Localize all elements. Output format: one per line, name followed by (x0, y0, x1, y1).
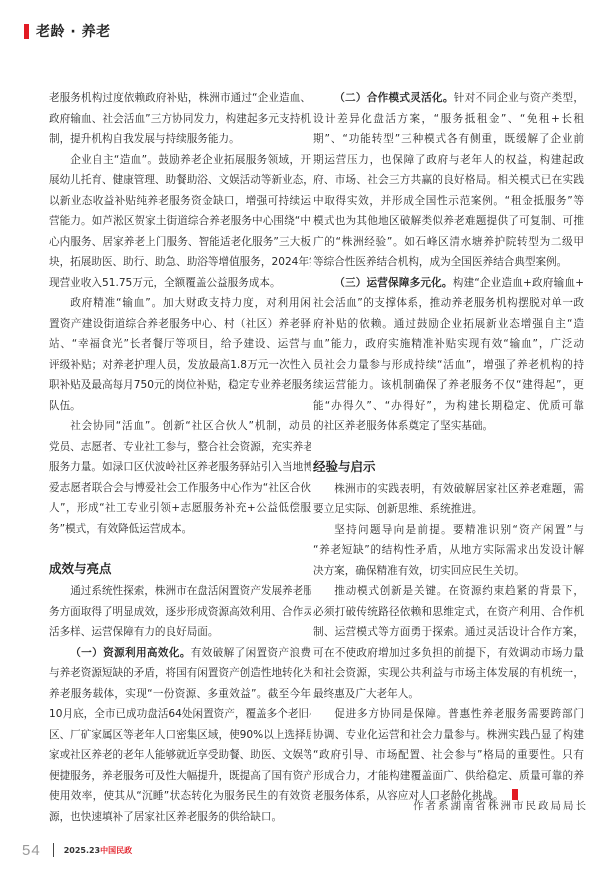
text-line: 必须打破传统路径依赖和思维定式，在资产利用、合作机 (313, 602, 584, 623)
subheading: （一）资源利用高效化。 (70, 647, 191, 659)
text-line: 便捷服务，养老服务可及性大幅提升，既提高了国有资产 (49, 766, 311, 787)
magazine-name: 中国民政 (100, 845, 132, 856)
text-line: 老服务机构过度依赖政府补贴，株洲市通过“企业造血、 (49, 88, 311, 109)
text-line: 务”模式，有效降低运营成本。 (49, 519, 311, 540)
text-line: 站、“幸福食光”长者餐厅等项目，给予建设、运营与 (49, 334, 311, 355)
paragraph: （三）运营保障多元化。构建“企业造血+政府输血+ 社会活血”的支撑体系，推动养老… (313, 273, 584, 437)
section-title: 老龄 · 养老 (36, 21, 111, 41)
text-line: 府补贴的依赖。通过鼓励企业拓展新业态增强自主“造 (313, 314, 584, 335)
text-run: 有效破解了闲置资产浪费 (191, 647, 311, 659)
paragraph: 坚持问题导向是前提。要精准识别“资产闲置”与 “养老短缺”的结构性矛盾，从地方实… (313, 520, 584, 582)
paragraph: 株洲市的实践表明，有效破解居家社区养老难题，需 要立足实际、创新思维、系统推进。 (313, 479, 584, 520)
text-line: 务方面取得了明显成效，逐步形成资源高效利用、合作灵 (49, 602, 311, 623)
text-run: 构建“企业造血+政府输血+ (453, 277, 584, 289)
subheading: （三）运营保障多元化。 (334, 277, 453, 289)
text-line: 服务力量。如渌口区伏波岭社区养老服务驿站引入当地博 (49, 457, 311, 478)
text-line: 企业自主“造血”。鼓励养老企业拓展服务领域，开 (49, 150, 311, 171)
text-line: 展幼儿托育、健康管理、助餐助浴、文娱活动等新业态， (49, 170, 311, 191)
text-line: 10月底，全市已成功盘活64处闲置资产，覆盖多个老旧小 (49, 704, 311, 725)
text-line: 最终惠及广大老年人。 (313, 684, 584, 705)
text-line: 党员、志愿者、专业社工参与，整合社会资源，充实养老 (49, 437, 311, 458)
text-line: 源，也快速填补了居家社区养老服务的供给缺口。 (49, 807, 311, 828)
text-run: 针对不同企业与资产类型， (454, 92, 584, 104)
text-line: 以新业态收益补贴纯养老服务资金缺口，增强可持续运 (49, 191, 311, 212)
text-line: 社会协同“活血”。创新“社区合伙人”机制，动员 (49, 416, 311, 437)
text-line: 营能力。如芦淞区贺家土街道综合养老服务中心围绕“中 (49, 211, 311, 232)
text-line: 决方案，确保精准有效，切实回应民生关切。 (313, 561, 584, 582)
text-line: 设计差异化盘活方案，“服务抵租金”、“免租+长租 (313, 109, 584, 130)
text-line: 能“办得久”、“办得好”，为构建长期稳定、优质可靠 (313, 396, 584, 417)
text-line: 心内服务、居家养老上门服务、智能适老化服务”三大板 (49, 232, 311, 253)
subheading: （二）合作模式灵活化。 (334, 92, 454, 104)
paragraph: 政府精准“输血”。加大财政支持力度，对利用闲 置资产建设街道综合养老服务中心、村… (49, 293, 311, 416)
text-line: 促进多方协同是保障。普惠性养老服务需要跨部门 (313, 704, 584, 725)
page-number: 54 (22, 842, 41, 859)
paragraph: 企业自主“造血”。鼓励养老企业拓展服务领域，开 展幼儿托育、健康管理、助餐助浴、… (49, 150, 311, 294)
text-line: 期”、“功能转型”三种模式各有侧重，既缓解了企业前 (313, 129, 584, 150)
text-line: 要立足实际、创新思维、系统推进。 (313, 499, 584, 520)
right-column: （二）合作模式灵活化。针对不同企业与资产类型， 设计差异化盘活方案，“服务抵租金… (313, 88, 584, 807)
text-line: 协调、专业化运营和社会力量参与。株洲实践凸显了构建 (313, 725, 584, 746)
text-line: 模式也为其他地区破解类似养老难题提供了可复制、可推 (313, 211, 584, 232)
text-line: 块，拓展助医、助行、助急、助浴等增值服务，2024年实 (49, 252, 311, 273)
text-line: 形成合力，才能构建覆盖面广、供给稳定、质量可靠的养 (313, 766, 584, 787)
text-line: “养老短缺”的结构性矛盾，从地方实际需求出发设计解 (313, 540, 584, 561)
paragraph: （一）资源利用高效化。有效破解了闲置资产浪费 与养老资源短缺的矛盾，将国有闲置资… (49, 643, 311, 828)
text-line: 职补贴及最高每月750元的岗位补贴，稳定专业养老服务 (49, 375, 311, 396)
text-line: 政府精准“输血”。加大财政支持力度，对利用闲 (49, 293, 311, 314)
text-line: 家或社区养老的老年人能够就近享受助餐、助医、文娱等 (49, 745, 311, 766)
text-line: 置资产建设街道综合养老服务中心、村（社区）养老驿 (49, 314, 311, 335)
paragraph: （二）合作模式灵活化。针对不同企业与资产类型， 设计差异化盘活方案，“服务抵租金… (313, 88, 584, 273)
paragraph: 社会协同“活血”。创新“社区合伙人”机制，动员 党员、志愿者、专业社工参与，整合… (49, 416, 311, 539)
text-line: 使用效率，使其从“沉睡”状态转化为服务民生的有效资 (49, 786, 311, 807)
text-line: 府、市场、社会三方共赢的良好格局。相关模式已在实践 (313, 170, 584, 191)
text-line: 活多样、运营保障有力的良好局面。 (49, 622, 311, 643)
text-line: 养老服务载体，实现“一份资源、多重效益”。截至今年 (49, 684, 311, 705)
paragraph: 老服务机构过度依赖政府补贴，株洲市通过“企业造血、 政府输血、社会活血”三方协同… (49, 88, 311, 150)
text-line: 等综合性医养结合机构，成为全国医养结合典型案例。 (313, 252, 584, 273)
paragraph: 促进多方协同是保障。普惠性养老服务需要跨部门 协调、专业化运营和社会力量参与。株… (313, 704, 584, 807)
text-line: 通过系统性探索，株洲市在盘活闲置资产发展养老服 (49, 581, 311, 602)
accent-bar (24, 24, 29, 39)
text-line: 广的“株洲经验”。如石峰区清水塘养护院转型为二级甲 (313, 232, 584, 253)
text-line: （二）合作模式灵活化。针对不同企业与资产类型， (313, 88, 584, 109)
text-line: 现营业收入51.75万元，全额覆盖公益服务成本。 (49, 273, 311, 294)
heading-lessons: 经验与启示 (313, 455, 584, 479)
section-header: 老龄 · 养老 (24, 22, 111, 40)
paragraph: 通过系统性探索，株洲市在盘活闲置资产发展养老服 务方面取得了明显成效，逐步形成资… (49, 581, 311, 643)
footer-divider (53, 843, 54, 857)
text-line: 推动模式创新是关键。在资源约束趋紧的背景下， (313, 581, 584, 602)
text-line: 的社区养老服务体系奠定了坚实基础。 (313, 416, 584, 437)
text-line: 续运营能力。该机制确保了养老服务不仅“建得起”，更 (313, 375, 584, 396)
text-line: 血”能力，政府实施精准补贴实现有效“输血”，广泛动 (313, 334, 584, 355)
text-line: 株洲市的实践表明，有效破解居家社区养老难题，需 (313, 479, 584, 500)
text-line: 员社会力量参与形成持续“活血”，增强了养老机构的持 (313, 355, 584, 376)
text-line: （三）运营保障多元化。构建“企业造血+政府输血+ (313, 273, 584, 294)
text-line: 政府输血、社会活血”三方协同发力，构建起多元支持机 (49, 109, 311, 130)
text-line: 区、厂矿家属区等老年人口密集区域，使90%以上选择居 (49, 725, 311, 746)
text-line: 和社会资源，实现公共利益与市场主体发展的有机统一， (313, 663, 584, 684)
text-line: 坚持问题导向是前提。要精准识别“资产闲置”与 (313, 520, 584, 541)
paragraph: 推动模式创新是关键。在资源约束趋紧的背景下， 必须打破传统路径依赖和思维定式，在… (313, 581, 584, 704)
page-footer: 54 2025.23 中国民政 (22, 840, 132, 860)
text-line: “政府引导、市场配置、社会参与”格局的重要性。只有 (313, 745, 584, 766)
text-line: 评级补贴；对养老护理人员，发放最高1.8万元一次性入 (49, 355, 311, 376)
heading-results: 成效与亮点 (49, 557, 311, 581)
text-line: 制、运营模式等方面勇于探索。通过灵活设计合作方案， (313, 622, 584, 643)
author-byline: 作者系湖南省株洲市民政局局长 (413, 798, 588, 813)
left-column: 老服务机构过度依赖政府补贴，株洲市通过“企业造血、 政府输血、社会活血”三方协同… (49, 88, 311, 827)
text-line: 社会活血”的支撑体系，推动养老服务机构摆脱对单一政 (313, 293, 584, 314)
text-line: （一）资源利用高效化。有效破解了闲置资产浪费 (49, 643, 311, 664)
text-line: 人”，形成“社工专业引领+志愿服务补充+公益低偿服 (49, 498, 311, 519)
text-line: 制，提升机构自我发展与持续服务能力。 (49, 129, 311, 150)
text-line: 中取得实效，并形成全国性示范案例。“租金抵服务”等 (313, 191, 584, 212)
text-line: 与养老资源短缺的矛盾，将国有闲置资产创造性地转化为 (49, 663, 311, 684)
text-line: 爱志愿者联合会与博爱社会工作服务中心作为“社区合伙 (49, 478, 311, 499)
text-line: 期运营压力，也保障了政府与老年人的权益，构建起政 (313, 150, 584, 171)
text-line: 可在不使政府增加过多负担的前提下，有效调动市场力量 (313, 643, 584, 664)
text-line: 队伍。 (49, 396, 311, 417)
issue-number: 2025.23 (64, 846, 100, 855)
